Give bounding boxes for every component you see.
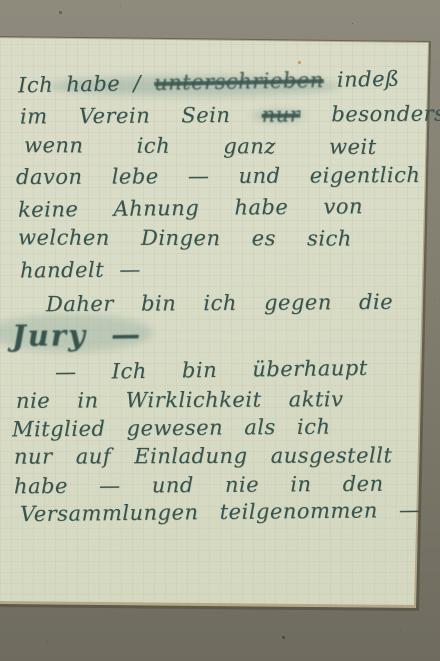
line-text: Mitglied gewesen als ich — [12, 415, 331, 442]
handwritten-line: Versammlungen teilgenommen — — [20, 498, 421, 526]
handwritten-line: keine Ahnung habe von — [18, 194, 363, 222]
line-text: nur auf Einladung ausgestellt — [14, 443, 392, 468]
handwritten-line: habe — und nie in den — [14, 472, 384, 499]
line-text: keine Ahnung habe von — [18, 194, 363, 222]
line-text: davon lebe — und eigentlich — [16, 163, 421, 189]
line-text: habe — und nie in den — [14, 472, 384, 499]
strikethrough-scribble: nur — [262, 103, 301, 127]
handwritten-line: nie in Wirklichkeit aktiv — [16, 387, 344, 413]
handwriting-layer: Ich habe / unterschrieben indeß im Verei… — [0, 0, 440, 661]
line-text: Daher bin ich gegen die — [46, 290, 393, 316]
handwritten-line: nur auf Einladung ausgestellt — [14, 443, 392, 468]
line-text: im Verein Sein — [20, 103, 231, 128]
handwritten-line: welchen Dingen es sich — [18, 225, 352, 250]
line-text: nie in Wirklichkeit aktiv — [16, 387, 344, 413]
handwritten-line: davon lebe — und eigentlich — [16, 163, 421, 189]
line-text: Versammlungen teilgenommen — — [20, 498, 421, 526]
line-text: Jury — — [12, 317, 142, 353]
line-text: Ich habe / — [18, 71, 141, 97]
handwritten-line-smudged: Jury — — [12, 317, 142, 353]
line-text: indeß — [337, 67, 400, 92]
handwritten-line: — Ich bin überhaupt — [55, 356, 368, 384]
handwritten-line: im Verein Sein nur besonders — [20, 102, 440, 129]
line-text: welchen Dingen es sich — [18, 225, 352, 250]
line-text: wenn ich ganz weit — [24, 133, 377, 159]
line-text: besonders — [331, 102, 440, 127]
handwritten-line: wenn ich ganz weit — [24, 133, 377, 159]
handwritten-line: Daher bin ich gegen die — [46, 290, 393, 316]
line-text: handelt — — [20, 257, 141, 282]
strikethrough-scribble: unterschrieben — [154, 68, 324, 95]
handwritten-line: Ich habe / unterschrieben indeß — [18, 67, 400, 98]
line-text: — Ich bin überhaupt — [55, 356, 368, 384]
handwritten-line: Mitglied gewesen als ich — [12, 415, 331, 442]
handwritten-line: handelt — — [20, 257, 141, 282]
